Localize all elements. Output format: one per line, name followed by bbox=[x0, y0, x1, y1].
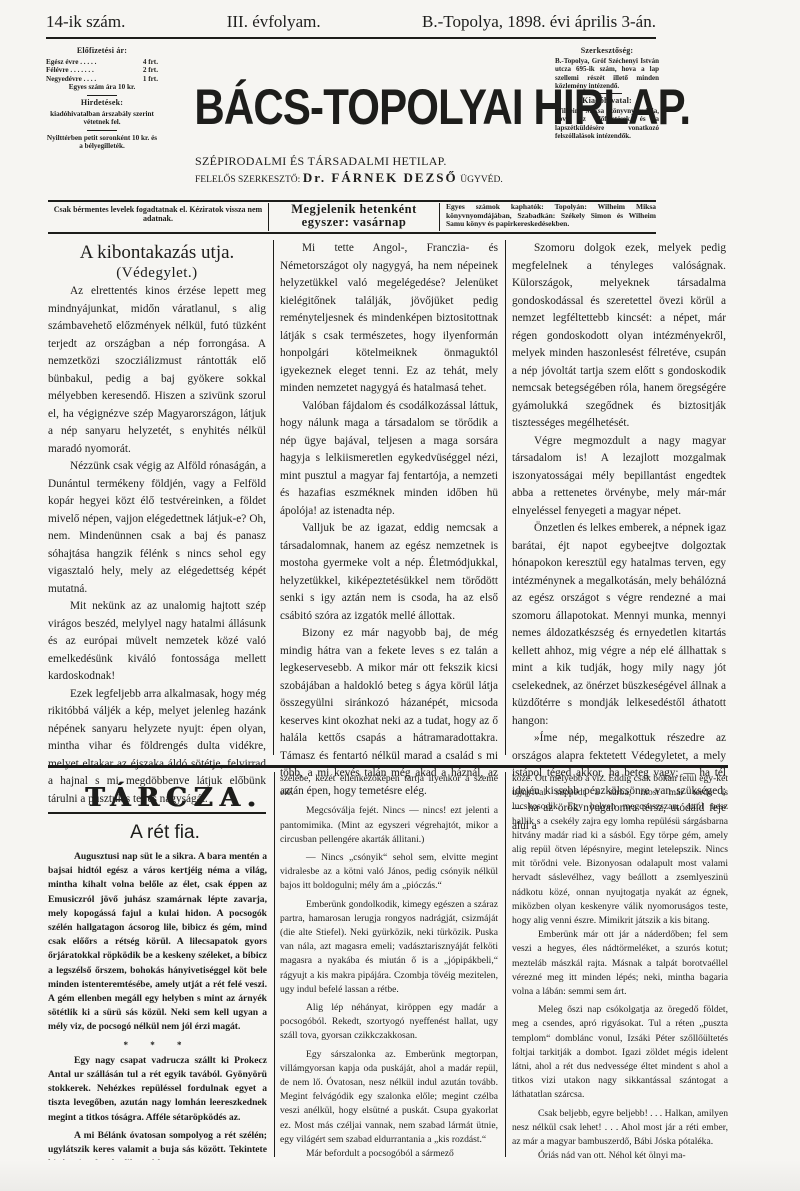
ads-heading: Hirdetések: bbox=[46, 99, 158, 108]
divider bbox=[87, 130, 117, 131]
subscription-box: Előfizetési ár: Egész évre . . . . .4 fr… bbox=[46, 47, 158, 151]
nyiltter-text: Nyilttérben petit soronként 10 kr. és a … bbox=[46, 134, 158, 151]
header-rule bbox=[46, 37, 656, 39]
paragraph: Szomoru dolgok ezek, melyek pedig megfel… bbox=[512, 240, 726, 433]
editor-label: FELELŐS SZERKESZTŐ: bbox=[195, 175, 300, 185]
ads-text: kiadóhivatalban árszabály szerint vétetn… bbox=[46, 110, 158, 127]
feuilleton-heading: TÁRCZA. bbox=[85, 783, 255, 813]
divider bbox=[592, 93, 622, 94]
paragraph: Augusztusi nap süt le a sikra. A bara me… bbox=[48, 850, 267, 1035]
paragraph: Mit nekünk az az unalomig hajtott szép v… bbox=[48, 598, 266, 686]
lead-article-column-1: A kibontakazás utja. (Védegylet.) Az elr… bbox=[48, 240, 266, 808]
paragraph: Meleg őszi nap csókolgatja az öregedő fö… bbox=[512, 1003, 728, 1102]
paragraph: Emberünk gondolkodik, kimegy egészen a s… bbox=[280, 898, 498, 997]
editorial-office-box: Szerkesztőség: B.-Topolya, Gróf Szécheny… bbox=[555, 47, 659, 140]
paragraph: Alig lép néhányat, kiröppen egy madár a … bbox=[280, 1001, 498, 1044]
paragraph: szélébe, kezét ellenkezőképen tartja ily… bbox=[280, 772, 498, 800]
paragraph: — Nincs „csónyik“ sehol sem, elvitte meg… bbox=[280, 851, 498, 894]
subscription-heading: Előfizetési ár: bbox=[46, 47, 158, 56]
paragraph: Valóban fájdalom és csodálkozással láttu… bbox=[280, 398, 498, 521]
price-row: Negyedévre . . . .1 frt. bbox=[46, 75, 158, 84]
info-bar-bottom-rule bbox=[48, 232, 656, 234]
column-divider bbox=[505, 772, 506, 1157]
column-divider bbox=[273, 240, 274, 755]
divider bbox=[87, 95, 117, 96]
single-copy-price: Egyes szám ára 10 kr. bbox=[46, 83, 158, 92]
issue-header: 14-ik szám. III. évfolyam. B.-Topolya, 1… bbox=[46, 12, 656, 32]
editor-title: ÜGYVÉD. bbox=[460, 175, 502, 185]
feuilleton-column-2: szélébe, kezét ellenkezőképen tartja ily… bbox=[280, 772, 498, 1161]
paragraph: Emberünk már ott jár a náderdőben; fel s… bbox=[512, 928, 728, 999]
paragraph: Önzetlen és lelkes emberek, a népnek iga… bbox=[512, 520, 726, 730]
paragraph: Egy nagy csapat vadrucza szállt ki Proke… bbox=[48, 1054, 267, 1125]
paragraph: Végre megmozdult a nagy magyar társadalo… bbox=[512, 433, 726, 521]
column-divider bbox=[274, 772, 275, 1157]
editor-line: FELELŐS SZERKESZTŐ: Dr. FÁRNEK DEZSŐ ÜGY… bbox=[195, 170, 555, 186]
feuilleton-heading-rule bbox=[48, 812, 266, 814]
paragraph: Megcsóválja fejét. Nincs — nincs! ezt je… bbox=[280, 804, 498, 847]
page-margin bbox=[0, 1160, 800, 1191]
article-title: A kibontakazás utja. bbox=[48, 242, 266, 264]
paragraph: Mi tette Angol-, Franczia- és Németorszá… bbox=[280, 240, 498, 398]
story-title: A rét fia. bbox=[60, 822, 270, 844]
paragraph: Egy sárszalonka az. Emberünk megtorpan, … bbox=[280, 1048, 498, 1147]
paragraph: Csak beljebb, egyre beljebb! . . . Halka… bbox=[512, 1107, 728, 1150]
paragraph: közé. Ott mélyebb a viz. Eddig csak boká… bbox=[512, 772, 728, 928]
newspaper-subtitle: SZÉPIRODALMI ÉS TÁRSADALMI HETILAP. bbox=[195, 154, 545, 169]
issue-number: 14-ik szám. bbox=[46, 12, 125, 32]
info-bar: Csak bérmentes levelek fogadtatnak el. K… bbox=[48, 203, 656, 231]
paragraph: Az elrettentés kinos érzése lepett meg m… bbox=[48, 283, 266, 458]
place-date: B.-Topolya, 1898. évi április 3-án. bbox=[422, 12, 656, 32]
paragraph: Valljuk be az igazat, eddig nemcsak a tá… bbox=[280, 520, 498, 625]
publisher-heading: Kiadóhivatal: bbox=[555, 97, 659, 105]
letters-notice: Csak bérmentes levelek fogadtatnak el. K… bbox=[48, 203, 268, 231]
paragraph: Nézzünk csak végig az Alföld rónaságán, … bbox=[48, 458, 266, 598]
feuilleton-column-1: Augusztusi nap süt le a sikra. A bara me… bbox=[48, 850, 267, 1171]
volume: III. évfolyam. bbox=[227, 12, 321, 32]
lead-article-column-2: Mi tette Angol-, Franczia- és Németorszá… bbox=[280, 240, 498, 800]
lead-article-column-3: Szomoru dolgok ezek, melyek pedig megfel… bbox=[512, 240, 726, 835]
availability-notice: Egyes számok kaphatók: Topolyán: Wilheim… bbox=[440, 203, 656, 231]
column-divider bbox=[505, 240, 506, 755]
section-stars: * * * bbox=[48, 1038, 267, 1052]
price-row: Egész évre . . . . .4 frt. bbox=[46, 58, 158, 67]
price-row: Félévre . . . . . . .2 frt. bbox=[46, 66, 158, 75]
article-subtitle: (Védegylet.) bbox=[48, 264, 266, 282]
editorial-text: B.-Topolya, Gróf Széchenyi István utcza … bbox=[555, 57, 659, 90]
editor-name: Dr. FÁRNEK DEZSŐ bbox=[303, 170, 458, 185]
feuilleton-column-3: közé. Ott mélyebb a viz. Eddig csak boká… bbox=[512, 772, 728, 1163]
publication-frequency: Megjelenik hetenként egyszer: vasárnap bbox=[268, 203, 440, 231]
newspaper-title: BÁCS-TOPOLYAI HIRLAP. bbox=[194, 80, 471, 134]
publisher-text: Wilheim Miksa könyvnyomdája, hova az elő… bbox=[555, 107, 659, 140]
feuilleton-rule bbox=[48, 765, 728, 768]
editorial-heading: Szerkesztőség: bbox=[555, 47, 659, 55]
